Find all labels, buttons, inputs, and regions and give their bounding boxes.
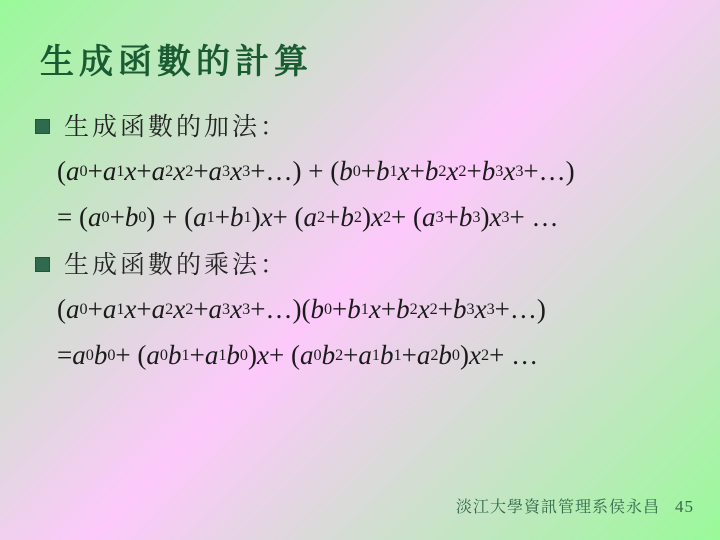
- bullet-label-multiplication: 生成函數的乘法：: [64, 245, 288, 281]
- bullet-label-addition: 生成函數的加法：: [64, 107, 288, 143]
- formula-addition-result: = (a0+b0) + (a1+b1)x + (a2+b2)x2 + (a3+b…: [36, 194, 710, 240]
- bullet-square-icon: [36, 258, 49, 271]
- footer-affiliation: 淡江大學資訊管理系侯永昌: [456, 494, 660, 517]
- slide-title: 生成函數的計算: [40, 34, 313, 83]
- slide-body: 生成函數的加法： (a0+a1x+a2x2+a3x3+…) + (b0+b1x+…: [36, 102, 710, 378]
- formula-multiplication-expansion: (a0+a1x+a2x2+a3x3+…)(b0+b1x+b2x2+b3x3+…): [36, 286, 710, 332]
- slide-background: 生成函數的計算 生成函數的加法： (a0+a1x+a2x2+a3x3+…) + …: [0, 0, 720, 540]
- bullet-square-icon: [36, 120, 49, 133]
- footer-page-number: 45: [675, 497, 694, 517]
- formula-multiplication-result: = a0b0 + (a0b1+a1b0)x + (a0b2+a1b1+a2b0)…: [36, 332, 710, 378]
- formula-addition-expansion: (a0+a1x+a2x2+a3x3+…) + (b0+b1x+b2x2+b3x3…: [36, 148, 710, 194]
- bullet-item-addition: 生成函數的加法：: [36, 102, 710, 148]
- slide-footer: 淡江大學資訊管理系侯永昌 45: [456, 494, 694, 517]
- bullet-item-multiplication: 生成函數的乘法：: [36, 240, 710, 286]
